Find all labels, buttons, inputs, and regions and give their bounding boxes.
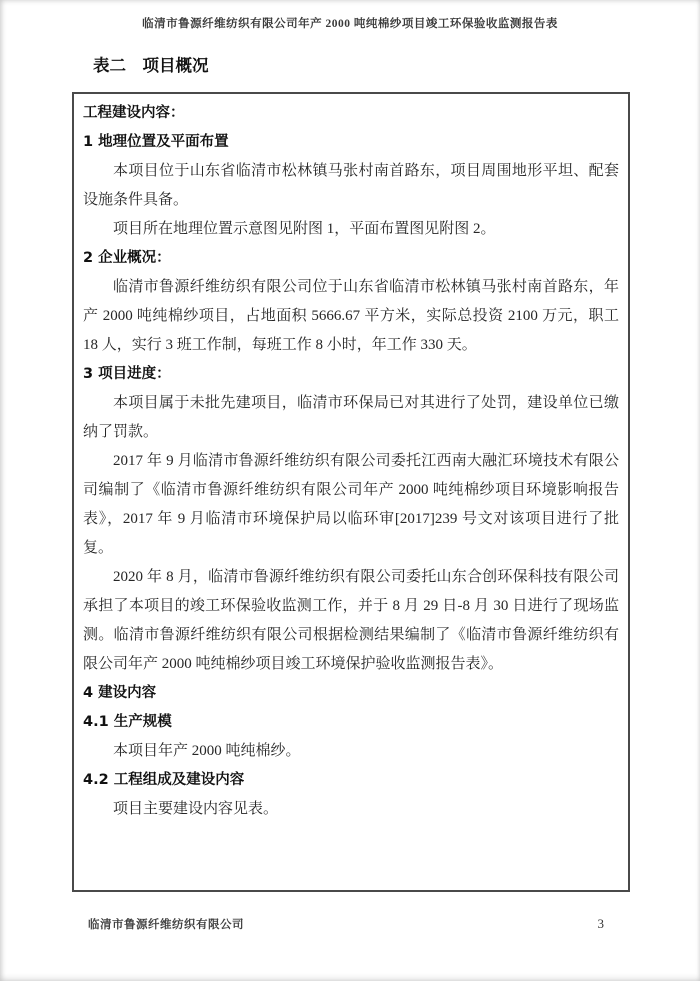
page-number: 3 <box>598 916 605 932</box>
content-heading: 4.1 生产规模 <box>83 708 619 737</box>
content-paragraph: 项目所在地理位置示意图见附图 1，平面布置图见附图 2。 <box>83 215 619 244</box>
section-title: 表二 项目概况 <box>93 52 209 76</box>
content-paragraph: 临清市鲁源纤维纺织有限公司位于山东省临清市松林镇马张村南首路东，年产 2000 … <box>83 273 619 360</box>
content-paragraph: 本项目属于未批先建项目，临清市环保局已对其进行了处罚，建设单位已缴纳了罚款。 <box>83 389 619 447</box>
content-paragraph: 2017 年 9 月临清市鲁源纤维纺织有限公司委托江西南大融汇环境技术有限公司编… <box>83 447 619 563</box>
content-box: 工程建设内容：1 地理位置及平面布置本项目位于山东省临清市松林镇马张村南首路东，… <box>72 92 630 892</box>
content-heading: 工程建设内容： <box>83 99 619 128</box>
content-heading: 3 项目进度： <box>83 360 619 389</box>
content-paragraph: 本项目年产 2000 吨纯棉纱。 <box>83 737 619 766</box>
content-heading: 2 企业概况： <box>83 244 619 273</box>
content-heading: 4 建设内容 <box>83 679 619 708</box>
footer-company: 临清市鲁源纤维纺织有限公司 <box>88 916 244 932</box>
running-header: 临清市鲁源纤维纺织有限公司年产 2000 吨纯棉纱项目竣工环保验收监测报告表 <box>0 15 700 31</box>
content-blocks: 工程建设内容：1 地理位置及平面布置本项目位于山东省临清市松林镇马张村南首路东，… <box>83 99 619 824</box>
content-paragraph: 2020 年 8 月，临清市鲁源纤维纺织有限公司委托山东合创环保科技有限公司承担… <box>83 563 619 679</box>
content-heading: 4.2 工程组成及建设内容 <box>83 766 619 795</box>
content-paragraph: 项目主要建设内容见表。 <box>83 795 619 824</box>
content-heading: 1 地理位置及平面布置 <box>83 128 619 157</box>
scanned-document-page: { "page": { "running_header": "临清市鲁源纤维纺织… <box>0 0 700 981</box>
content-paragraph: 本项目位于山东省临清市松林镇马张村南首路东，项目周围地形平坦、配套设施条件具备。 <box>83 157 619 215</box>
page-footer: 临清市鲁源纤维纺织有限公司 3 <box>88 916 604 932</box>
